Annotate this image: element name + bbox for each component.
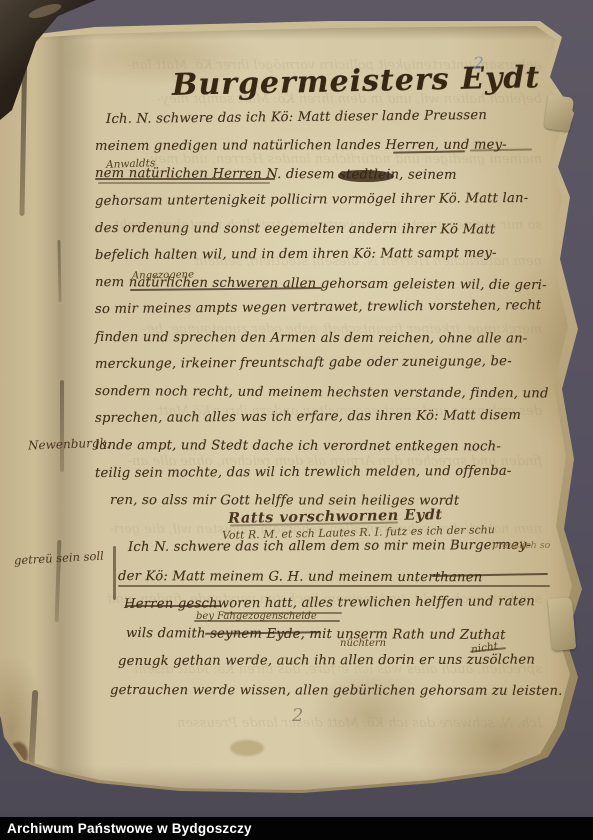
pen-underline — [224, 612, 342, 614]
manuscript-line: wils damith seynem Eyde, mit unserm Rath… — [126, 626, 506, 643]
manuscript-line: sondern noch recht, und meinem hechsten … — [95, 384, 549, 401]
interline-insertion: nüchtern — [340, 638, 386, 649]
interline-insertion: Anwaldts — [106, 157, 156, 171]
torn-edge-fragment — [544, 94, 574, 131]
pencil-page-number-top: 2 — [473, 54, 484, 74]
manuscript-line: getrauchen werde wissen, allen gebürlich… — [110, 683, 563, 699]
pen-strike — [194, 620, 340, 622]
torn-edge-fragment — [548, 597, 576, 651]
interline-insertion: Angezogene — [132, 269, 194, 281]
manuscript-line: merckunge, irkeiner freuntschaft gabe od… — [95, 354, 512, 372]
pen-strike — [98, 182, 270, 184]
manuscript-line: teilig sein mochte, das wil ich trewlich… — [95, 463, 512, 480]
manuscript-line: der Kö: Matt meinem G. H. und meinem unt… — [118, 569, 482, 585]
manuscript-line: befelich halten wil, und in dem ihren Kö… — [95, 246, 497, 263]
pen-strike — [95, 178, 275, 180]
gutter-shadow — [34, 26, 96, 792]
manuscript-line: Ich N. schwere das ich allem dem so mir … — [128, 538, 531, 555]
manuscript-line: lande ampt, und Stedt dache ich verordne… — [95, 438, 501, 454]
ink-blot — [338, 170, 394, 182]
margin-note-place: Newenburgk, — [28, 436, 111, 453]
archive-name-label: Archiwum Państwowe w Bydgoszczy — [7, 817, 252, 840]
paper-stain — [230, 740, 264, 756]
pencil-page-number-bottom: 2 — [292, 705, 303, 726]
archive-watermark-bar: Archiwum Państwowe w Bydgoszczy — [0, 817, 593, 840]
pen-underline — [118, 585, 550, 587]
manuscript-line: finden und sprechen den Armen als dem re… — [95, 330, 528, 347]
manuscript-line: des ordenung und sonst eegemelten andern… — [95, 221, 495, 237]
interline-insertion: preuslich so — [492, 540, 550, 551]
manuscript-line: gehorsam untertenigkeit pollicirn vormög… — [95, 191, 528, 209]
manuscript-line: Herren geschworen hatt, alles trewlichen… — [124, 594, 535, 612]
margin-bracket — [113, 546, 116, 600]
gutter-streak — [60, 380, 64, 472]
pen-strike — [125, 605, 221, 607]
archival-scan-photo: gehorsam untertenigkeit pollicirn vormög… — [0, 0, 593, 840]
